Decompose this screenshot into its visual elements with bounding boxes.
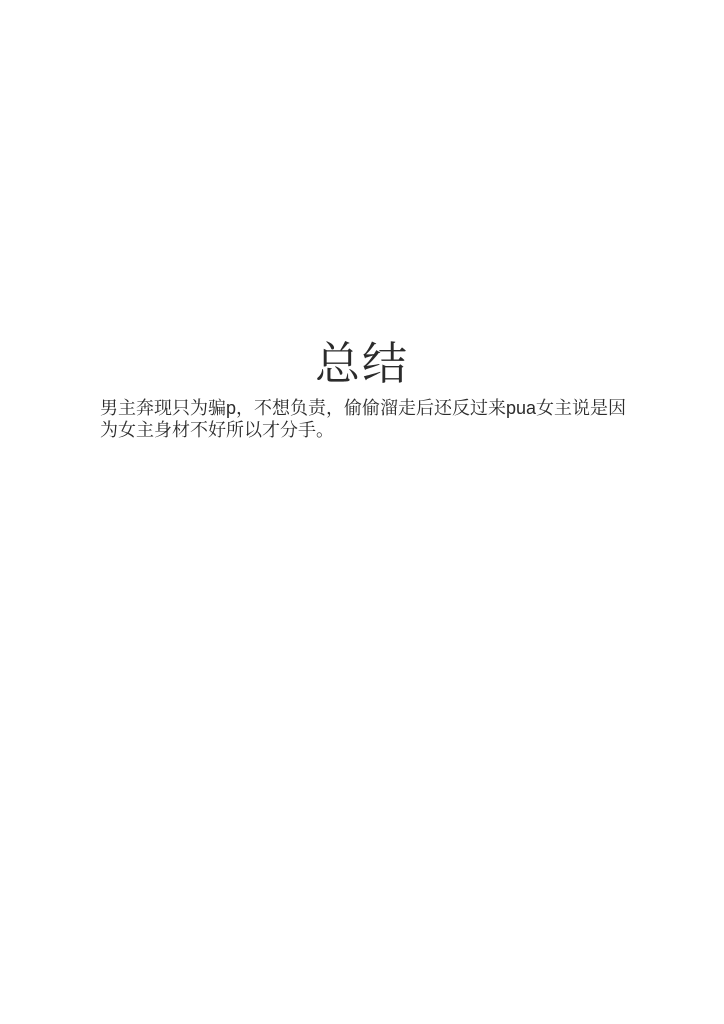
summary-paragraph: 男主奔现只为骗p，不想负责，偷偷溜走后还反过来pua女主说是因 为女主身材不好所… <box>100 397 624 441</box>
text-block: 总结 男主奔现只为骗p，不想负责，偷偷溜走后还反过来pua女主说是因 为女主身材… <box>0 336 724 441</box>
page-title: 总结 <box>0 336 724 392</box>
document-page: 总结 男主奔现只为骗p，不想负责，偷偷溜走后还反过来pua女主说是因 为女主身材… <box>0 0 724 1024</box>
